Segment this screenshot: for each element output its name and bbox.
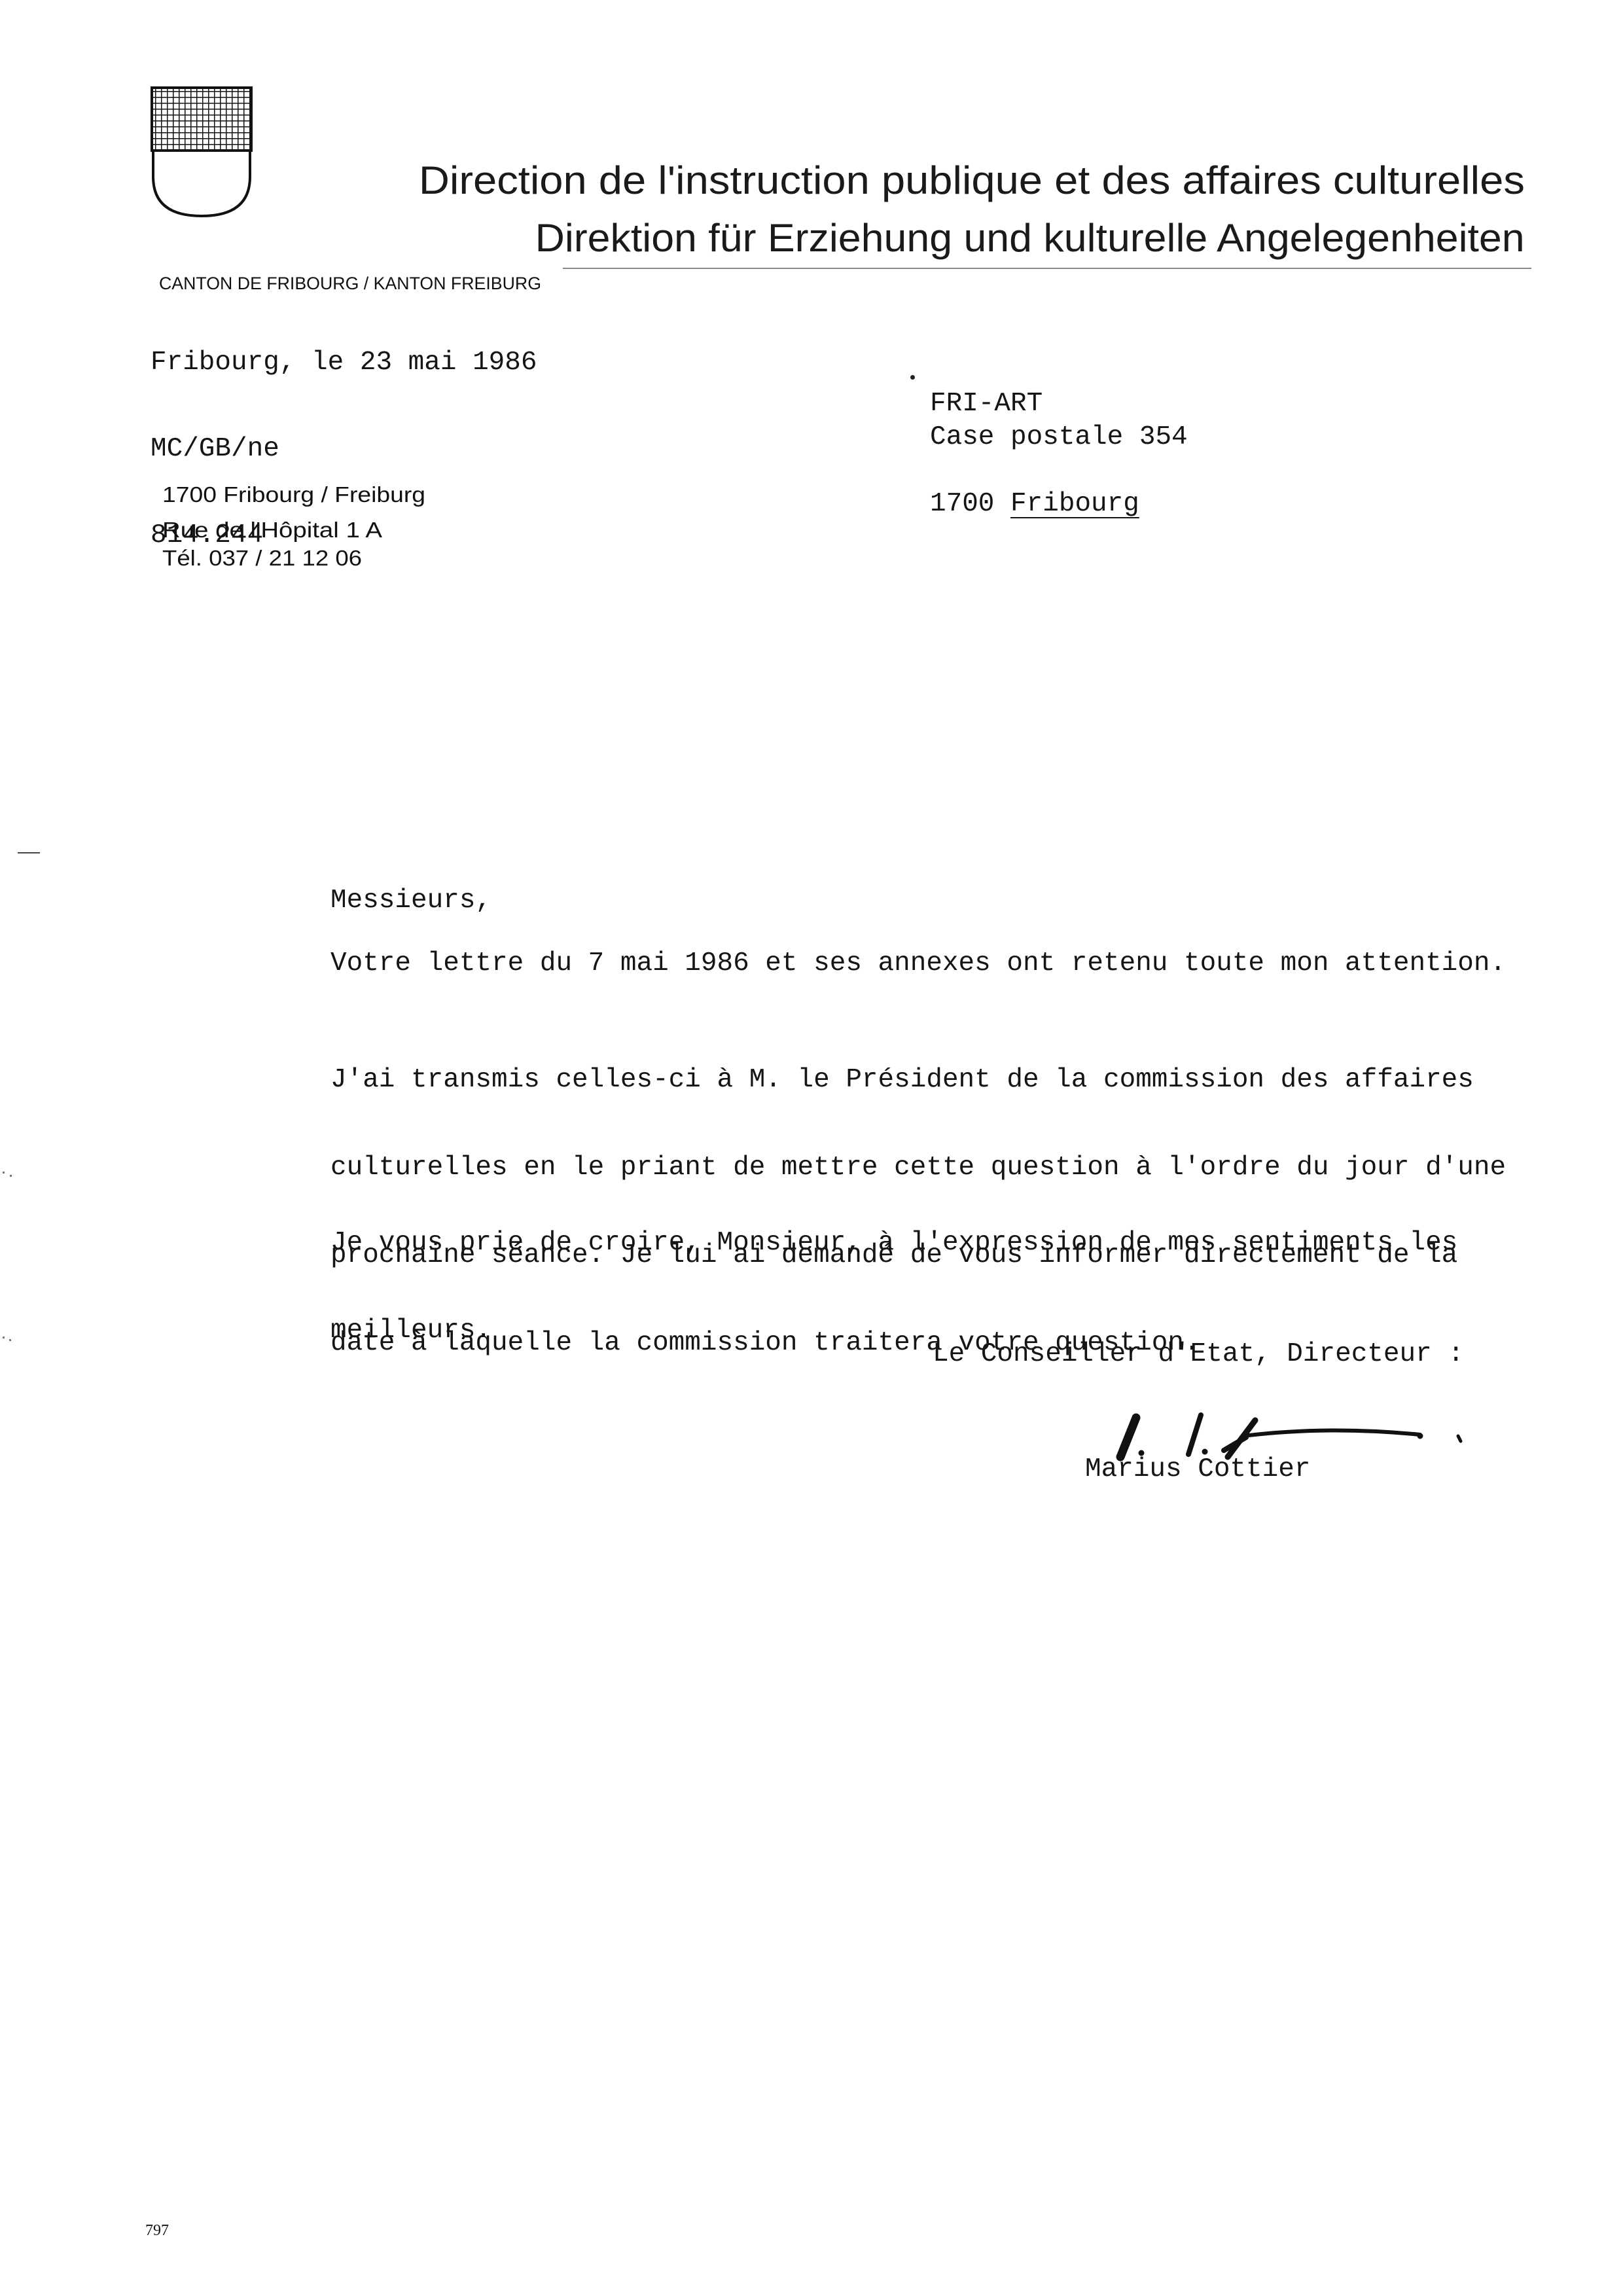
paragraph-2-line: J'ai transmis celles-ci à M. le Présiden…	[330, 1067, 1506, 1101]
scan-speck	[3, 1172, 5, 1174]
page-code: 797	[145, 2223, 169, 2238]
recipient-po-box: Case postale 354	[930, 424, 1188, 451]
place-date: Fribourg, le 23 mai 1986	[151, 350, 537, 382]
scan-speck	[3, 1336, 5, 1338]
window-mark-dot	[910, 375, 915, 380]
canton-label-text: CANTON DE FRIBOURG / KANTON FREIBURG	[159, 275, 541, 293]
coat-of-arms-icon	[149, 85, 254, 219]
recipient-name: FRI-ART	[930, 391, 1043, 418]
signatory-title: Le Conseiller d'Etat, Directeur :	[933, 1341, 1464, 1368]
scan-speck	[9, 1339, 11, 1341]
letterhead-title-de: Direktion für Erziehung und kulturelle A…	[556, 179, 1525, 258]
paragraph-1: Votre lettre du 7 mai 1986 et ses annexe…	[330, 950, 1506, 977]
recipient-city: Fribourg	[1010, 489, 1139, 519]
fold-mark	[18, 852, 40, 853]
letterhead-rule	[563, 268, 1531, 269]
canton-label: CANTON DE FRIBOURG / KANTON FREIBURG	[149, 257, 545, 293]
sender-phone: Tél. 037 / 21 12 06	[151, 526, 343, 569]
paragraph-3-line: Je vous prie de croire, Monsieur, à l'ex…	[330, 1230, 1457, 1264]
letterhead-title-de-text: Direktion für Erziehung und kulturelle A…	[535, 219, 1525, 258]
sender-phone-text: Tél. 037 / 21 12 06	[162, 547, 362, 569]
recipient-postcode: 1700	[930, 489, 994, 519]
recipient-city-line: 1700 Fribourg	[930, 491, 1139, 518]
salutation: Messieurs,	[330, 888, 491, 914]
signatory-name: Marius Cottier	[1085, 1456, 1310, 1483]
scan-speck	[10, 1175, 12, 1177]
